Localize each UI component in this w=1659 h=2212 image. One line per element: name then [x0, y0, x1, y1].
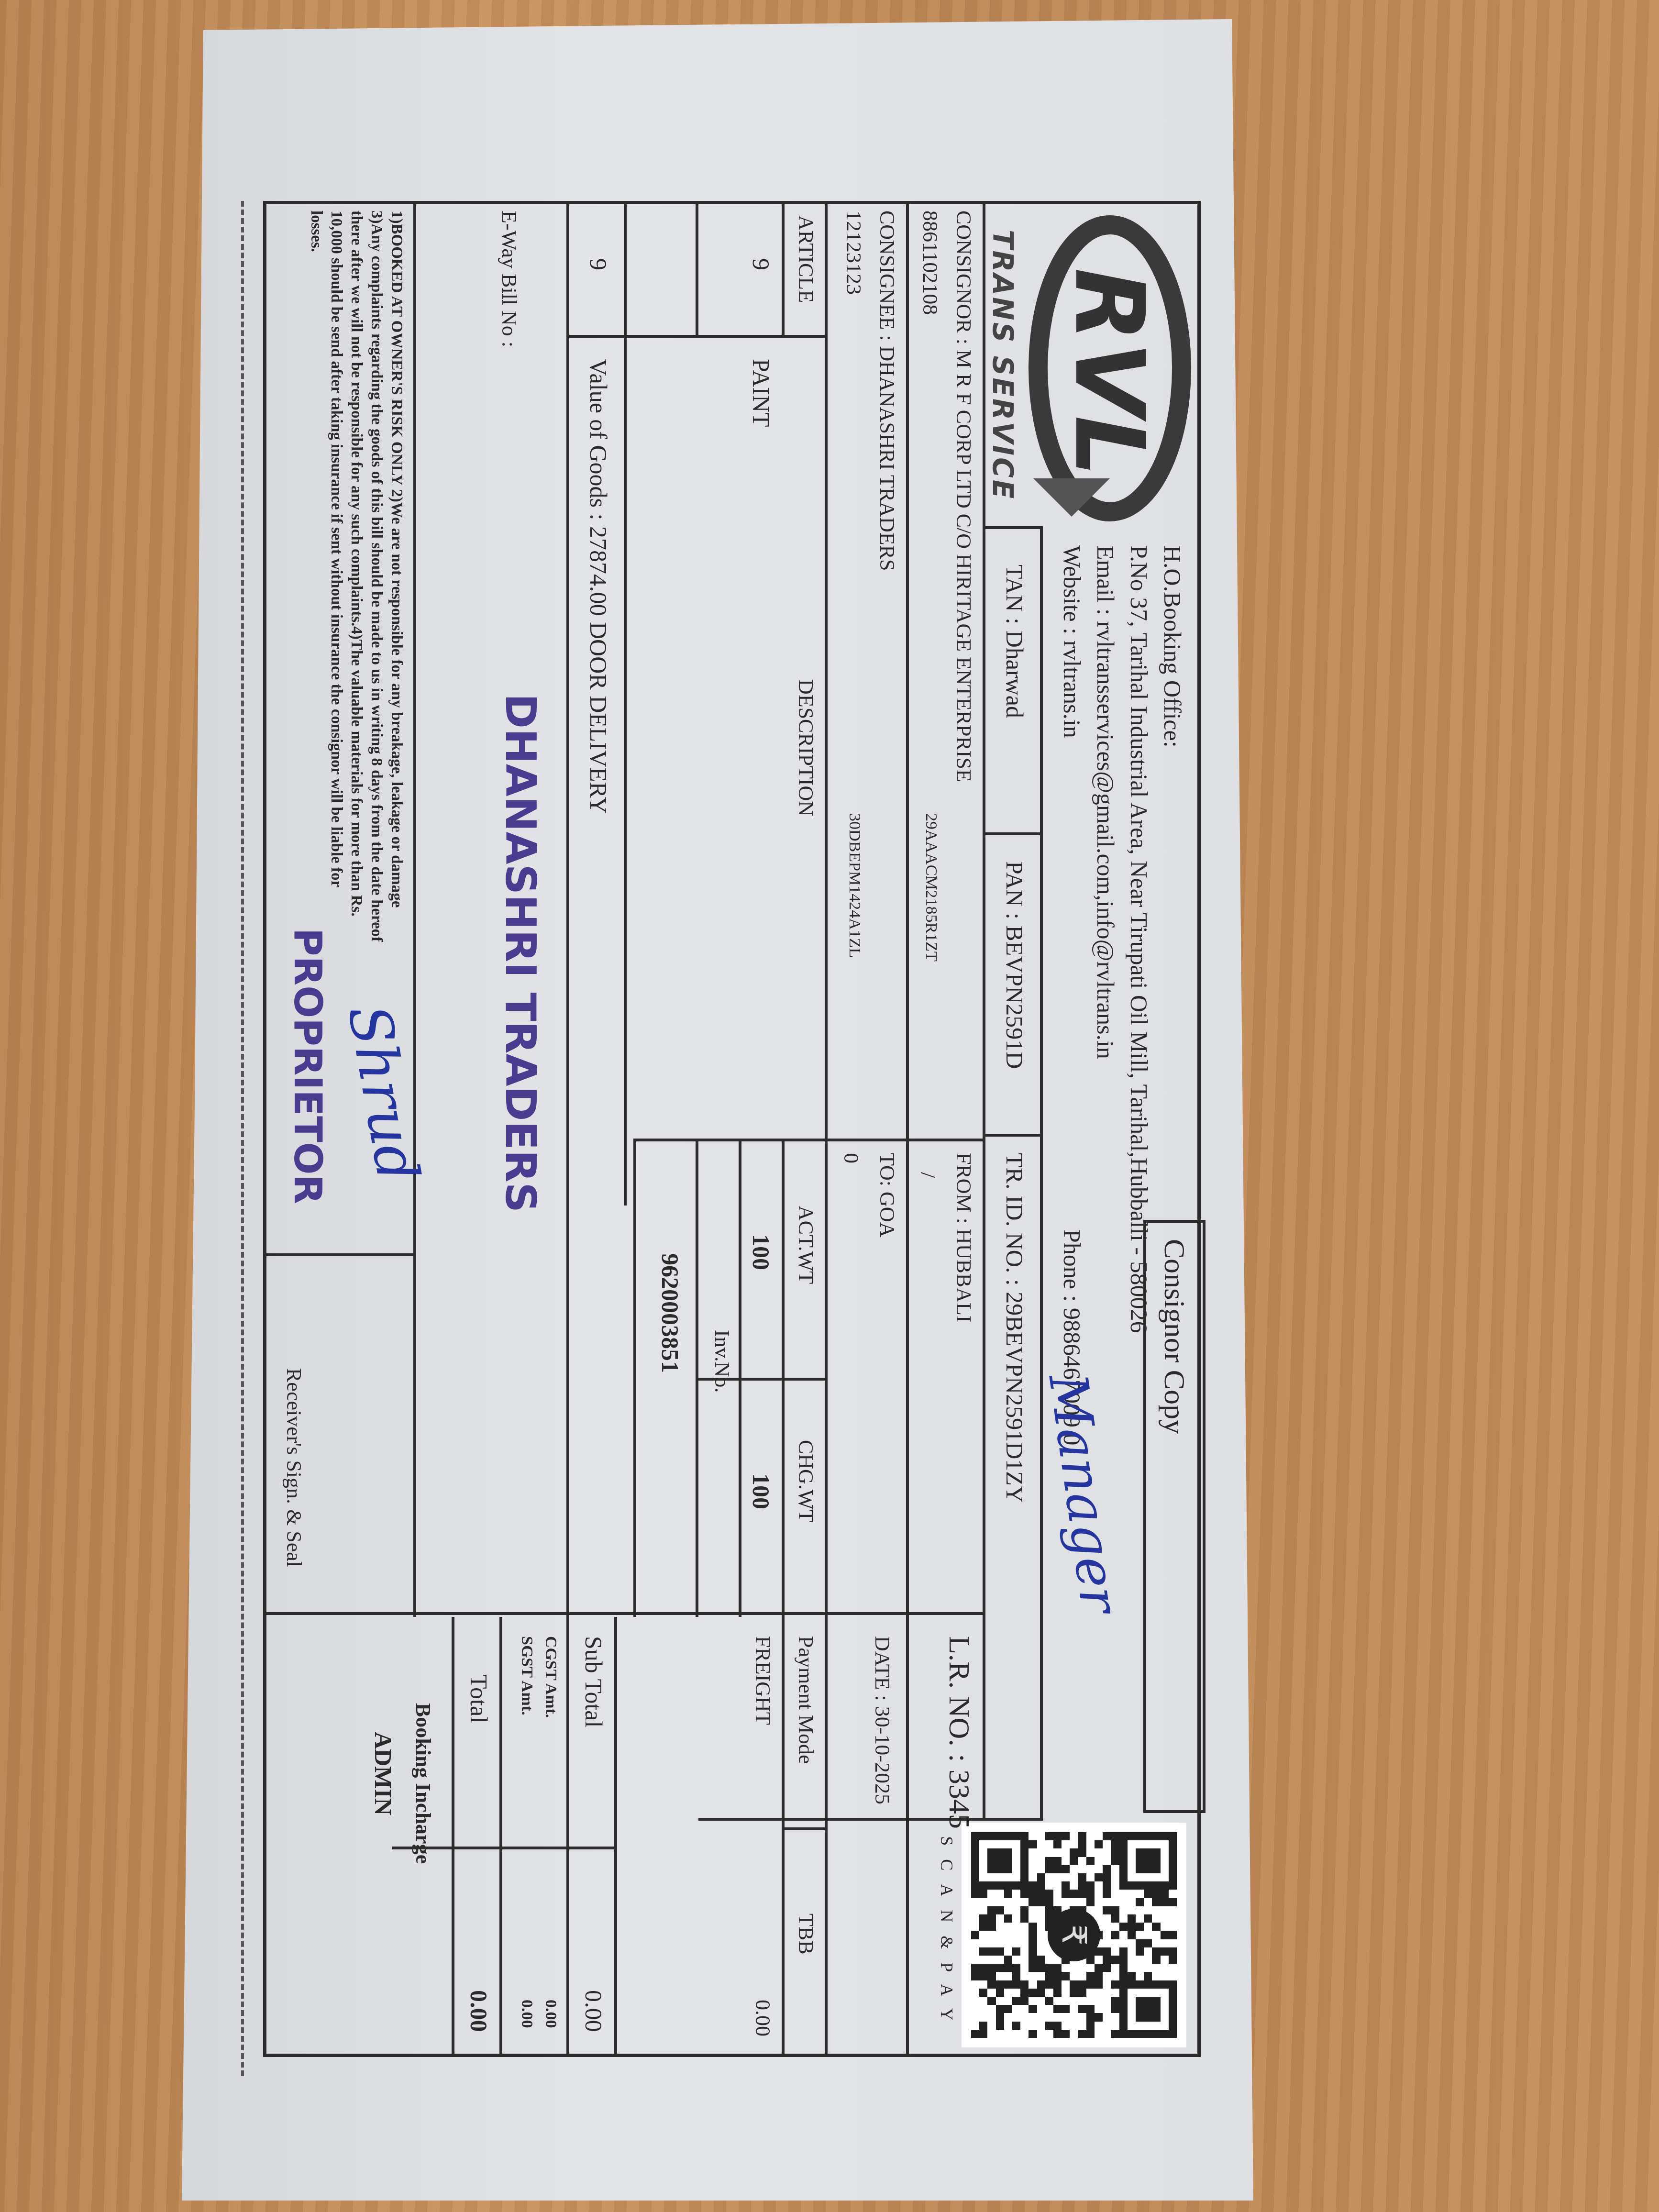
proprietor-stamp: PROPRIETOR — [286, 928, 330, 1204]
rupee-icon: ₹ — [1048, 1909, 1100, 1961]
article-count: 9 — [747, 258, 775, 270]
to-row: TO: GOA — [875, 1153, 899, 1237]
tear-line — [241, 201, 244, 2076]
freight-label: FREIGHT — [751, 1636, 775, 1725]
sgst-value: 0.00 — [518, 2000, 536, 2028]
office-label: H.O.Booking Office: — [1159, 545, 1186, 748]
from-label: FROM : — [952, 1153, 975, 1224]
term-line: losses. — [306, 210, 326, 942]
total-articles: 9 — [585, 258, 612, 270]
divider — [906, 201, 909, 2057]
date-row: DATE : 30-10-2025 — [870, 1636, 895, 1804]
lr-number: L.R. NO. : 3345 — [942, 1636, 976, 1829]
term-line: 3)Any complaints regarding the goods of … — [366, 210, 387, 942]
consignee-label: CONSIGNEE : — [875, 210, 899, 341]
divider — [983, 201, 985, 1818]
consignor-phone: 8861102108 — [918, 210, 942, 315]
term-line: 1)BOOKED AT OWNER'S RISK ONLY 2)We are n… — [387, 210, 407, 942]
date-label: DATE : — [871, 1636, 894, 1701]
divider — [698, 335, 828, 338]
consignee-stamp-name: DHANASHRI TRADERS — [496, 694, 545, 1213]
divider — [636, 1139, 698, 1141]
consignee-row: CONSIGNEE : DHANASHRI TRADERS — [875, 210, 899, 571]
booking-incharge-name: ADMIN — [369, 1732, 397, 1815]
consignor-name: M R F CORP LTD C/O HIRITAGE ENTERPRISE — [952, 350, 975, 782]
divider — [566, 1617, 569, 2057]
consignor-label: CONSIGNOR : — [952, 210, 975, 344]
divider — [1040, 526, 1043, 1818]
lr-value: 3345 — [943, 1770, 975, 1829]
term-line: there after we will not be responsible f… — [346, 210, 366, 942]
divider — [696, 1139, 698, 1617]
divider — [782, 201, 785, 335]
divider — [825, 201, 828, 2057]
divider — [739, 1139, 741, 1617]
sgst-label: SGST Amt. — [518, 1636, 536, 1715]
inv-no-header: Inv.No. — [710, 1330, 734, 1393]
divider — [696, 201, 698, 335]
divider — [698, 1818, 1043, 1821]
divider — [633, 1139, 636, 1617]
consignee-gstin: 30DBEPM1424A1ZL — [845, 813, 863, 958]
description-header: DESCRIPTION — [794, 679, 818, 816]
company-email: Email : rvltransservices@gmail.com,info@… — [1092, 545, 1119, 1059]
article-header: ARTICLE — [794, 215, 818, 303]
chg-wt-value: 100 — [747, 1473, 775, 1509]
divider — [785, 1827, 828, 1830]
to-city: GOA — [875, 1192, 899, 1237]
receiver-sign-label: Receiver's Sign. & Seal — [282, 1368, 306, 1567]
sub-total-value: 0.00 — [580, 1990, 608, 2032]
divider — [985, 526, 1043, 529]
cgst-value: 0.00 — [542, 2000, 560, 2028]
divider — [499, 1617, 502, 2057]
description-value: PAINT — [747, 359, 775, 427]
consignee-name: DHANASHRI TRADERS — [875, 346, 899, 571]
to-extra: 0 — [839, 1153, 863, 1163]
terms-and-conditions: 1)BOOKED AT OWNER'S RISK ONLY 2)We are n… — [306, 210, 407, 942]
scan-pay-caption: SCAN&PAY — [937, 1823, 957, 2047]
consignor-gstin: 29AAACM2185R1ZT — [922, 813, 940, 962]
eway-bill-label: E-Way Bill No : — [497, 210, 521, 347]
svg-text:RVL: RVL — [1053, 268, 1165, 476]
booking-incharge-label: Booking Incharge — [411, 1703, 435, 1864]
invoice-number: 9620003851 — [656, 1253, 684, 1373]
company-logo: RVL TRANS SERVICE — [990, 210, 1191, 526]
copy-label: Consignor Copy — [1157, 1239, 1191, 1434]
term-line: 10,000 should be send after taking insur… — [326, 210, 346, 942]
tr-id-number: TR. ID. NO. : 29BEVPN2591D1ZY — [1001, 1153, 1029, 1503]
cgst-label: CGST Amt. — [542, 1636, 560, 1718]
divider — [569, 335, 698, 338]
act-wt-header: ACT.WT — [794, 1206, 818, 1284]
divider — [452, 1617, 454, 2057]
company-address: P.No 37, Tarihal Industrial Area, Near T… — [1125, 545, 1153, 1333]
divider — [413, 201, 416, 1617]
divider — [624, 201, 627, 1206]
act-wt-value: 100 — [747, 1234, 775, 1270]
tan-number: TAN : Dharwad — [1001, 564, 1029, 718]
total-value: 0.00 — [465, 1990, 493, 2032]
divider — [985, 832, 1043, 835]
rvl-logo-icon: RVL — [1019, 210, 1191, 526]
chg-wt-header: CHG.WT — [794, 1440, 818, 1522]
from-city: HUBBALI — [952, 1229, 975, 1323]
from-row: FROM : HUBBALI — [951, 1153, 976, 1323]
company-tagline: TRANS SERVICE — [986, 230, 1019, 500]
divider — [985, 1134, 1043, 1137]
lr-label: L.R. NO. : — [943, 1636, 975, 1762]
to-label: TO: — [875, 1153, 899, 1186]
sub-total-label: Sub Total — [580, 1636, 608, 1727]
company-website: Website : rvltrans.in — [1058, 545, 1086, 738]
lorry-receipt: RVL TRANS SERVICE H.O.Booking Office: P.… — [234, 201, 1201, 2076]
divider — [782, 1139, 785, 2057]
payment-mode-value: TBB — [794, 1913, 818, 1955]
divider — [263, 1612, 828, 1615]
date-value: 30-10-2025 — [871, 1706, 894, 1804]
total-label: Total — [465, 1674, 493, 1723]
from-extra: / — [916, 1172, 940, 1178]
divider — [698, 1139, 985, 1141]
value-of-goods: Value of Goods : 27874.00 DOOR DELIVERY — [585, 359, 612, 814]
pan-number: PAN : BEVPN2591D — [1001, 861, 1029, 1069]
consignor-row: CONSIGNOR : M R F CORP LTD C/O HIRITAGE … — [951, 210, 976, 782]
consignee-phone: 12123123 — [841, 210, 866, 295]
divider — [614, 1617, 617, 2057]
divider — [566, 201, 569, 1617]
freight-value: 0.00 — [751, 2000, 775, 2036]
payment-mode-label: Payment Mode — [794, 1636, 818, 1764]
payment-qr-code[interactable]: ₹ — [962, 1823, 1186, 2047]
divider — [263, 1253, 416, 1256]
